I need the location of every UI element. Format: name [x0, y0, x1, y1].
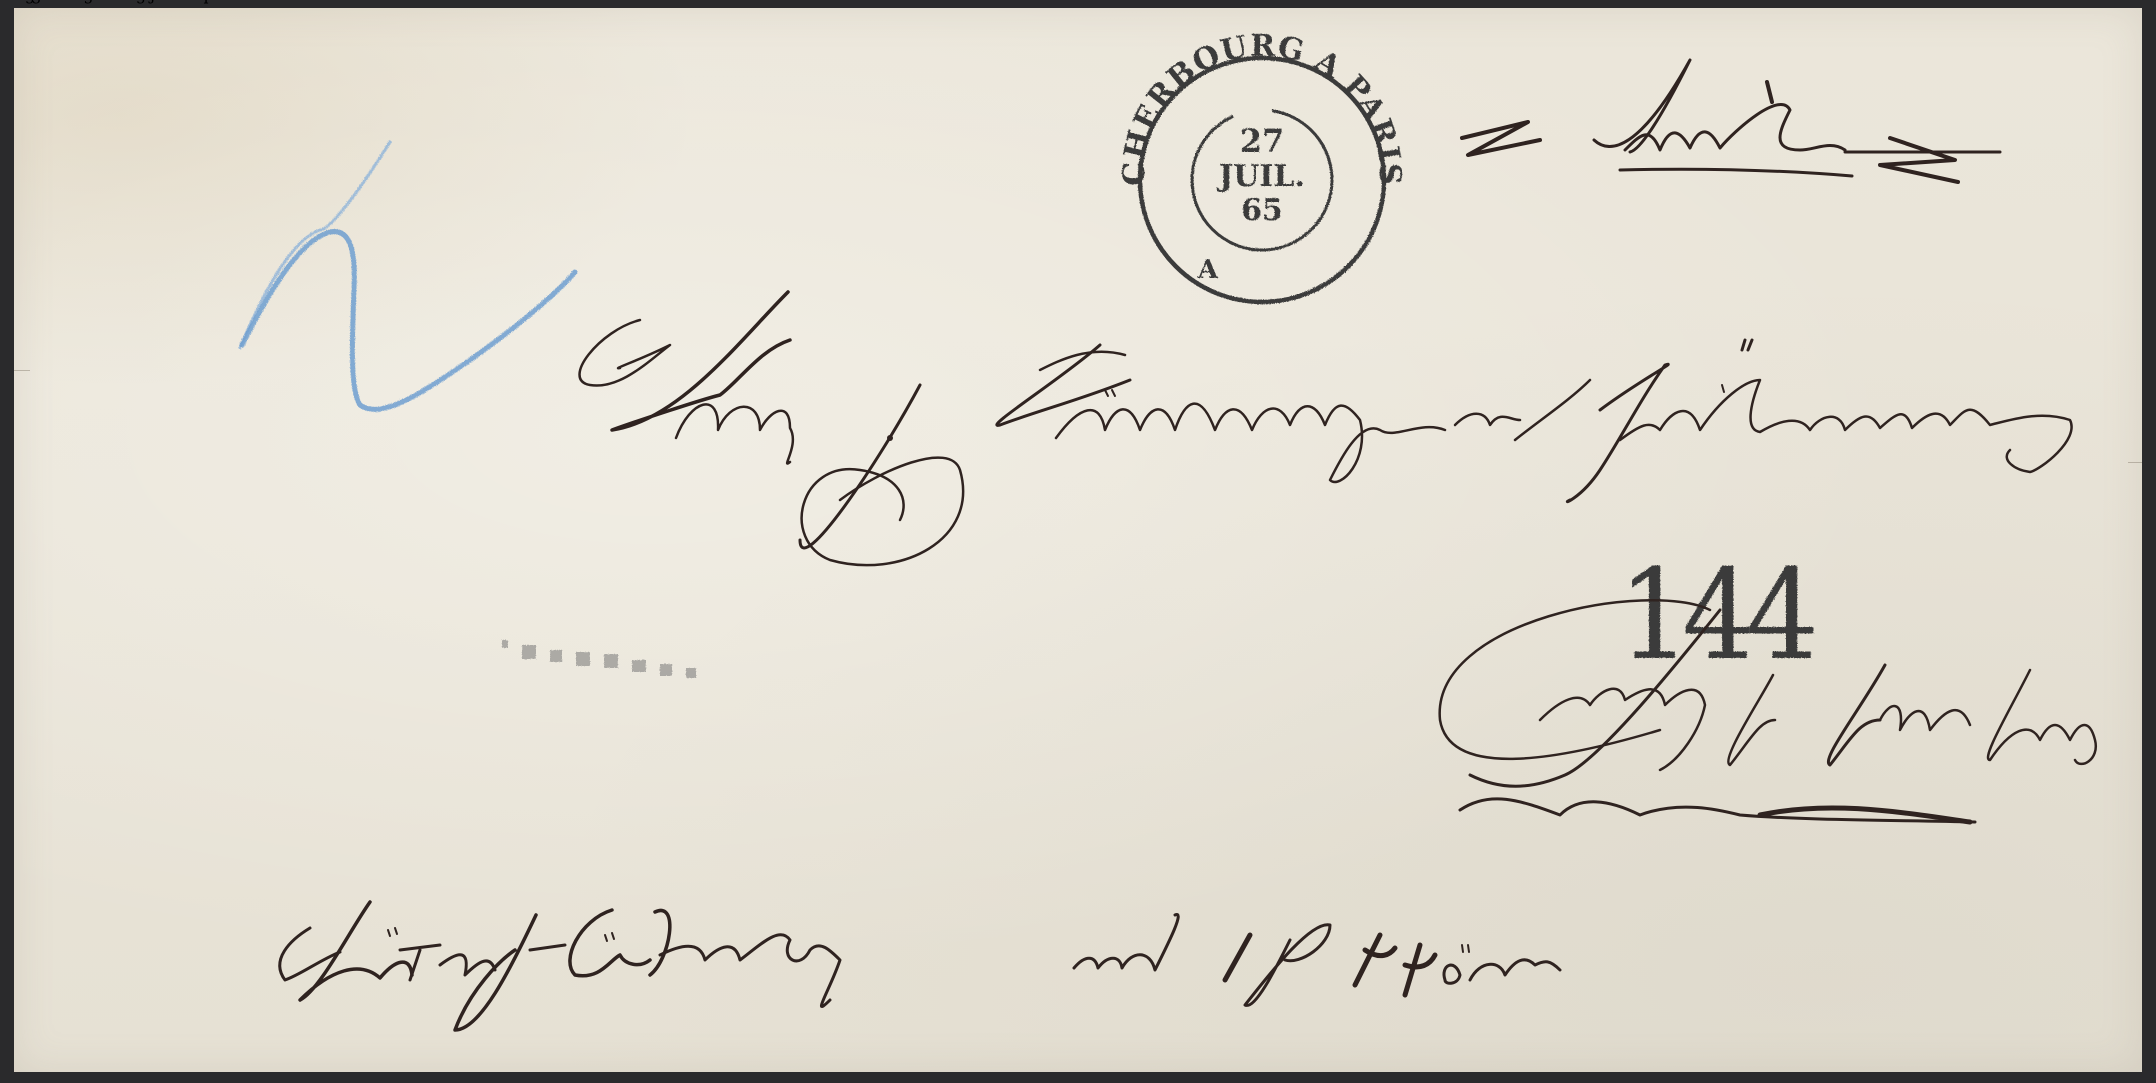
destination-country-suede: [1462, 60, 2000, 182]
postmark-day: 27: [1240, 122, 1285, 160]
cherbourg-postmark: CHERBOURG A PARIS 27 JUIL. 65 A: [1117, 29, 1407, 302]
envelope-markings: 2 CHERBOURG A PARIS 27 JUIL. 65 A Suède …: [0, 0, 2156, 1083]
address-line-kongl: [580, 292, 964, 565]
blue-crayon-mark: [240, 142, 575, 409]
receipt-note: [280, 902, 1560, 1030]
address-line-forvaltningen: [997, 340, 2072, 502]
postmark-bottom-letter: A: [1197, 255, 1219, 285]
faint-handstamp: [502, 640, 696, 678]
postmark-year: 65: [1241, 193, 1283, 228]
postmark-month: JUIL.: [1216, 159, 1305, 194]
receipt-note-label: Löst af Söderberg med 1 Rd 44 öre: [0, 0, 286, 4]
